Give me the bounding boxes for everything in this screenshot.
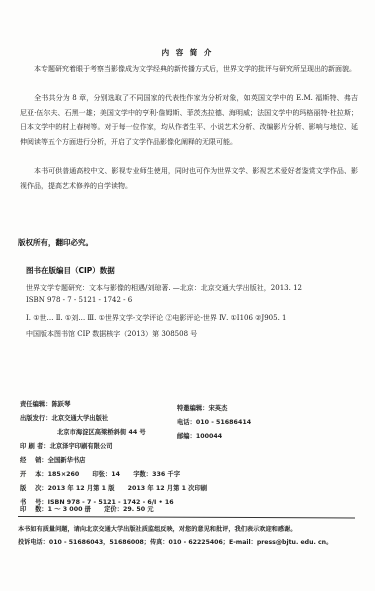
info-label: 责任编辑： <box>20 399 51 408</box>
cip-record-number: 中国版本图书馆 CIP 数据核字（2013）第 308508 号 <box>26 329 197 339</box>
copyright-notice: 版权所有，翻印必究。 <box>18 237 93 248</box>
cip-line-1: 世界文学专题研究：文本与影像的相遇/刘琼著. —北京：北京交通大学出版社，201… <box>26 283 302 293</box>
info-value: 北京交通大学出版社 <box>51 415 108 422</box>
footer-contact: 投诉电话：010 - 51686043，51686008；传真：010 - 62… <box>18 537 332 546</box>
cip-isbn: ISBN 978 - 7 - 5121 - 1742 - 6 <box>26 296 132 304</box>
info-edition: 版 次：2013 年 12 月第 1 版 2013 年 12 月第 1 次印刷 <box>20 483 207 492</box>
info-label: 开 本： <box>20 469 48 478</box>
cip-title: 图书在版编目（CIP）数据 <box>26 265 115 276</box>
info-publisher-address: 北京市海淀区高梁桥斜街 44 号 <box>57 427 146 436</box>
info-printer: 印 刷 者：北京泽宇印刷有限公司 <box>20 441 113 450</box>
info-label: 电话： <box>177 417 196 426</box>
info-label: 印 数： <box>20 504 48 513</box>
info-value: 1 ～ 3 000 册 定价：29. 50 元 <box>48 506 154 513</box>
summary-paragraph-3: 本书可供普通高校中文、影视专业师生使用，同时也可作为世界文学、影视艺术爱好者鉴赏… <box>20 164 358 193</box>
info-format: 开 本：185×260 印张：14 字数：336 千字 <box>20 469 180 478</box>
summary-paragraph-3-text: 本书可供普通高校中文、影视专业师生使用，同时也可作为世界文学、影视艺术爱好者鉴赏… <box>20 167 358 190</box>
info-postcode: 邮编：100044 <box>177 431 222 440</box>
book-copyright-page: 内 容 简 介 本专题研究着眼于考察当影像成为文学经典的新传播方式后，世界文学的… <box>0 0 375 591</box>
info-distributor: 经 销：全国新华书店 <box>20 455 85 464</box>
summary-paragraph-1: 本专题研究着眼于考察当影像成为文学经典的新传播方式后，世界文学的批评与研究所呈现… <box>20 62 358 77</box>
info-value: 100044 <box>196 433 222 440</box>
info-value: 宋英杰 <box>208 405 227 412</box>
info-label: 邮编： <box>177 431 196 440</box>
info-label: 经 销： <box>20 455 48 464</box>
info-value: 北京市海淀区高梁桥斜街 44 号 <box>57 429 146 436</box>
info-print-run: 印 数：1 ～ 3 000 册 定价：29. 50 元 <box>20 504 154 513</box>
info-label: 特邀编辑： <box>177 403 208 412</box>
info-responsible-editor: 责任编辑：陈跃琴 <box>20 399 70 408</box>
summary-paragraph-1-text: 本专题研究着眼于考察当影像成为文学经典的新传播方式后，世界文学的批评与研究所呈现… <box>34 65 356 73</box>
summary-paragraph-2-text: 全书共分为 8 章，分别选取了不同国家的代表性作家为分析对象，如英国文学中的 E… <box>20 94 358 146</box>
info-value: 2013 年 12 月第 1 版 2013 年 12 月第 1 次印刷 <box>48 485 207 492</box>
info-label: 出版发行： <box>20 413 51 422</box>
info-label: 版 次： <box>20 483 48 492</box>
info-guest-editor: 特邀编辑：宋英杰 <box>177 403 227 412</box>
info-value: 北京泽宇印刷有限公司 <box>50 443 113 450</box>
cip-classification: Ⅰ. ①世… Ⅱ. ①刘… Ⅲ. ①世界文学-文学评论 ②电影评论-世界 Ⅳ. … <box>26 313 287 323</box>
info-value: 陈跃琴 <box>51 401 70 408</box>
info-label: 印 刷 者： <box>20 441 50 450</box>
info-value: 185×260 印张：14 字数：336 千字 <box>48 471 180 478</box>
info-publisher: 出版发行：北京交通大学出版社 <box>20 413 108 422</box>
divider-rule <box>18 516 355 519</box>
info-value: 010 - 51686414 <box>196 419 251 426</box>
footer-quality-notice: 本书如有质量问题，请向北京交通大学出版社质监组反映，对您的意见和批评，我们表示欢… <box>18 524 296 533</box>
info-value: 全国新华书店 <box>48 457 86 464</box>
summary-paragraph-2: 全书共分为 8 章，分别选取了不同国家的代表性作家为分析对象，如英国文学中的 E… <box>20 91 358 149</box>
summary-heading: 内 容 简 介 <box>0 47 375 58</box>
info-phone: 电话：010 - 51686414 <box>177 417 251 426</box>
